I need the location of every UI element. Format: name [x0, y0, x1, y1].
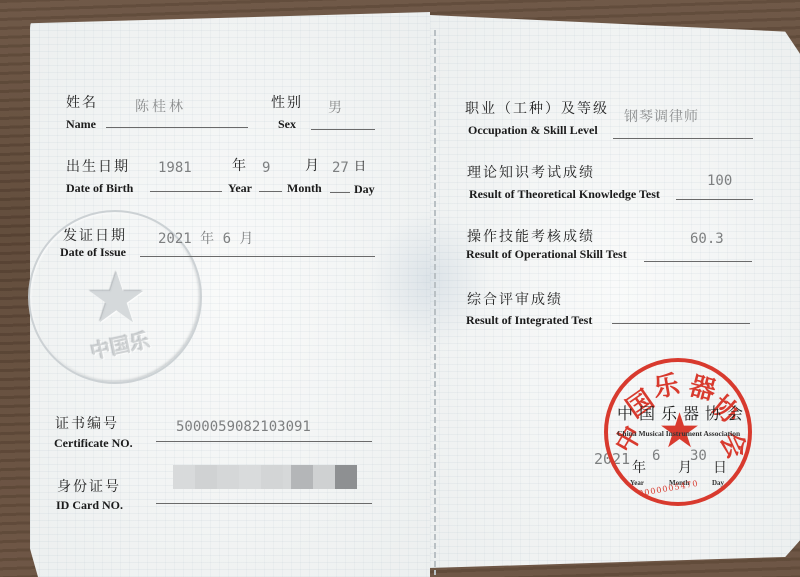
dob-month-en: Month: [287, 181, 322, 196]
dob-year-underline: [150, 191, 222, 192]
id-card-label-cn: 身份证号: [57, 476, 121, 496]
dob-month-value: 9: [262, 160, 270, 176]
certificate-no-value: 5000059082103091: [176, 419, 311, 435]
issue-date-underline: [140, 256, 375, 257]
dob-month-underline: [259, 191, 282, 192]
issuer-name-cn: 中国乐器协会: [617, 401, 749, 424]
sex-label-cn: 性别: [271, 92, 303, 112]
integrated-label-en: Result of Integrated Test: [466, 313, 592, 328]
integrated-underline: [612, 323, 750, 324]
issuer-name-en: China Musical Instrument Association: [617, 429, 740, 438]
integrated-label-cn: 综合评审成绩: [467, 289, 563, 309]
operational-label-en: Result of Operational Skill Test: [466, 247, 627, 262]
theoretical-underline: [676, 199, 753, 200]
occupation-label-cn: 职业（工种）及等级: [465, 98, 609, 118]
name-label-en: Name: [66, 117, 96, 132]
dob-year-cn: 年: [232, 155, 248, 175]
sex-underline: [311, 129, 375, 130]
id-card-underline: [156, 503, 372, 504]
theoretical-label-en: Result of Theoretical Knowledge Test: [469, 187, 660, 202]
dob-label-en: Date of Birth: [66, 181, 133, 196]
theoretical-label-cn: 理论知识考试成绩: [467, 162, 595, 182]
certificate-no-label-en: Certificate NO.: [54, 436, 133, 451]
seal-char-3: 乐: [650, 364, 682, 405]
operational-underline: [644, 261, 752, 262]
dob-day-value: 27: [332, 160, 349, 176]
dob-day-underline: [330, 192, 350, 193]
dob-year-en: Year: [228, 181, 252, 196]
dob-day-cn: 日: [354, 157, 368, 174]
issue-date-label-en: Date of Issue: [60, 245, 126, 260]
theoretical-value: 100: [707, 173, 732, 189]
name-underline: [106, 127, 248, 128]
sex-label-en: Sex: [278, 117, 296, 132]
name-value: 陈桂林: [135, 96, 186, 116]
certificate-no-label-cn: 证书编号: [55, 413, 119, 433]
name-label-cn: 姓名: [66, 92, 98, 112]
issue-date-label-cn: 发证日期: [63, 225, 127, 245]
dob-day-en: Day: [354, 182, 375, 197]
dob-month-cn: 月: [305, 155, 321, 175]
seal-char-1: 中: [604, 418, 649, 459]
seal-number: 0000005470: [638, 479, 700, 498]
occupation-label-en: Occupation & Skill Level: [468, 123, 598, 138]
id-card-label-en: ID Card NO.: [56, 498, 123, 513]
issue-date-value: 2021 年 6 月: [158, 228, 253, 248]
operational-value: 60.3: [690, 231, 724, 247]
certificate-no-underline: [156, 441, 372, 442]
dob-label-cn: 出生日期: [66, 156, 130, 176]
occupation-value: 钢琴调律师: [624, 106, 699, 126]
sex-value: 男: [328, 97, 345, 117]
binding-stitches: [434, 30, 436, 575]
dob-year-value: 1981: [158, 160, 192, 176]
operational-label-cn: 操作技能考核成绩: [467, 226, 595, 246]
occupation-underline: [613, 138, 753, 139]
